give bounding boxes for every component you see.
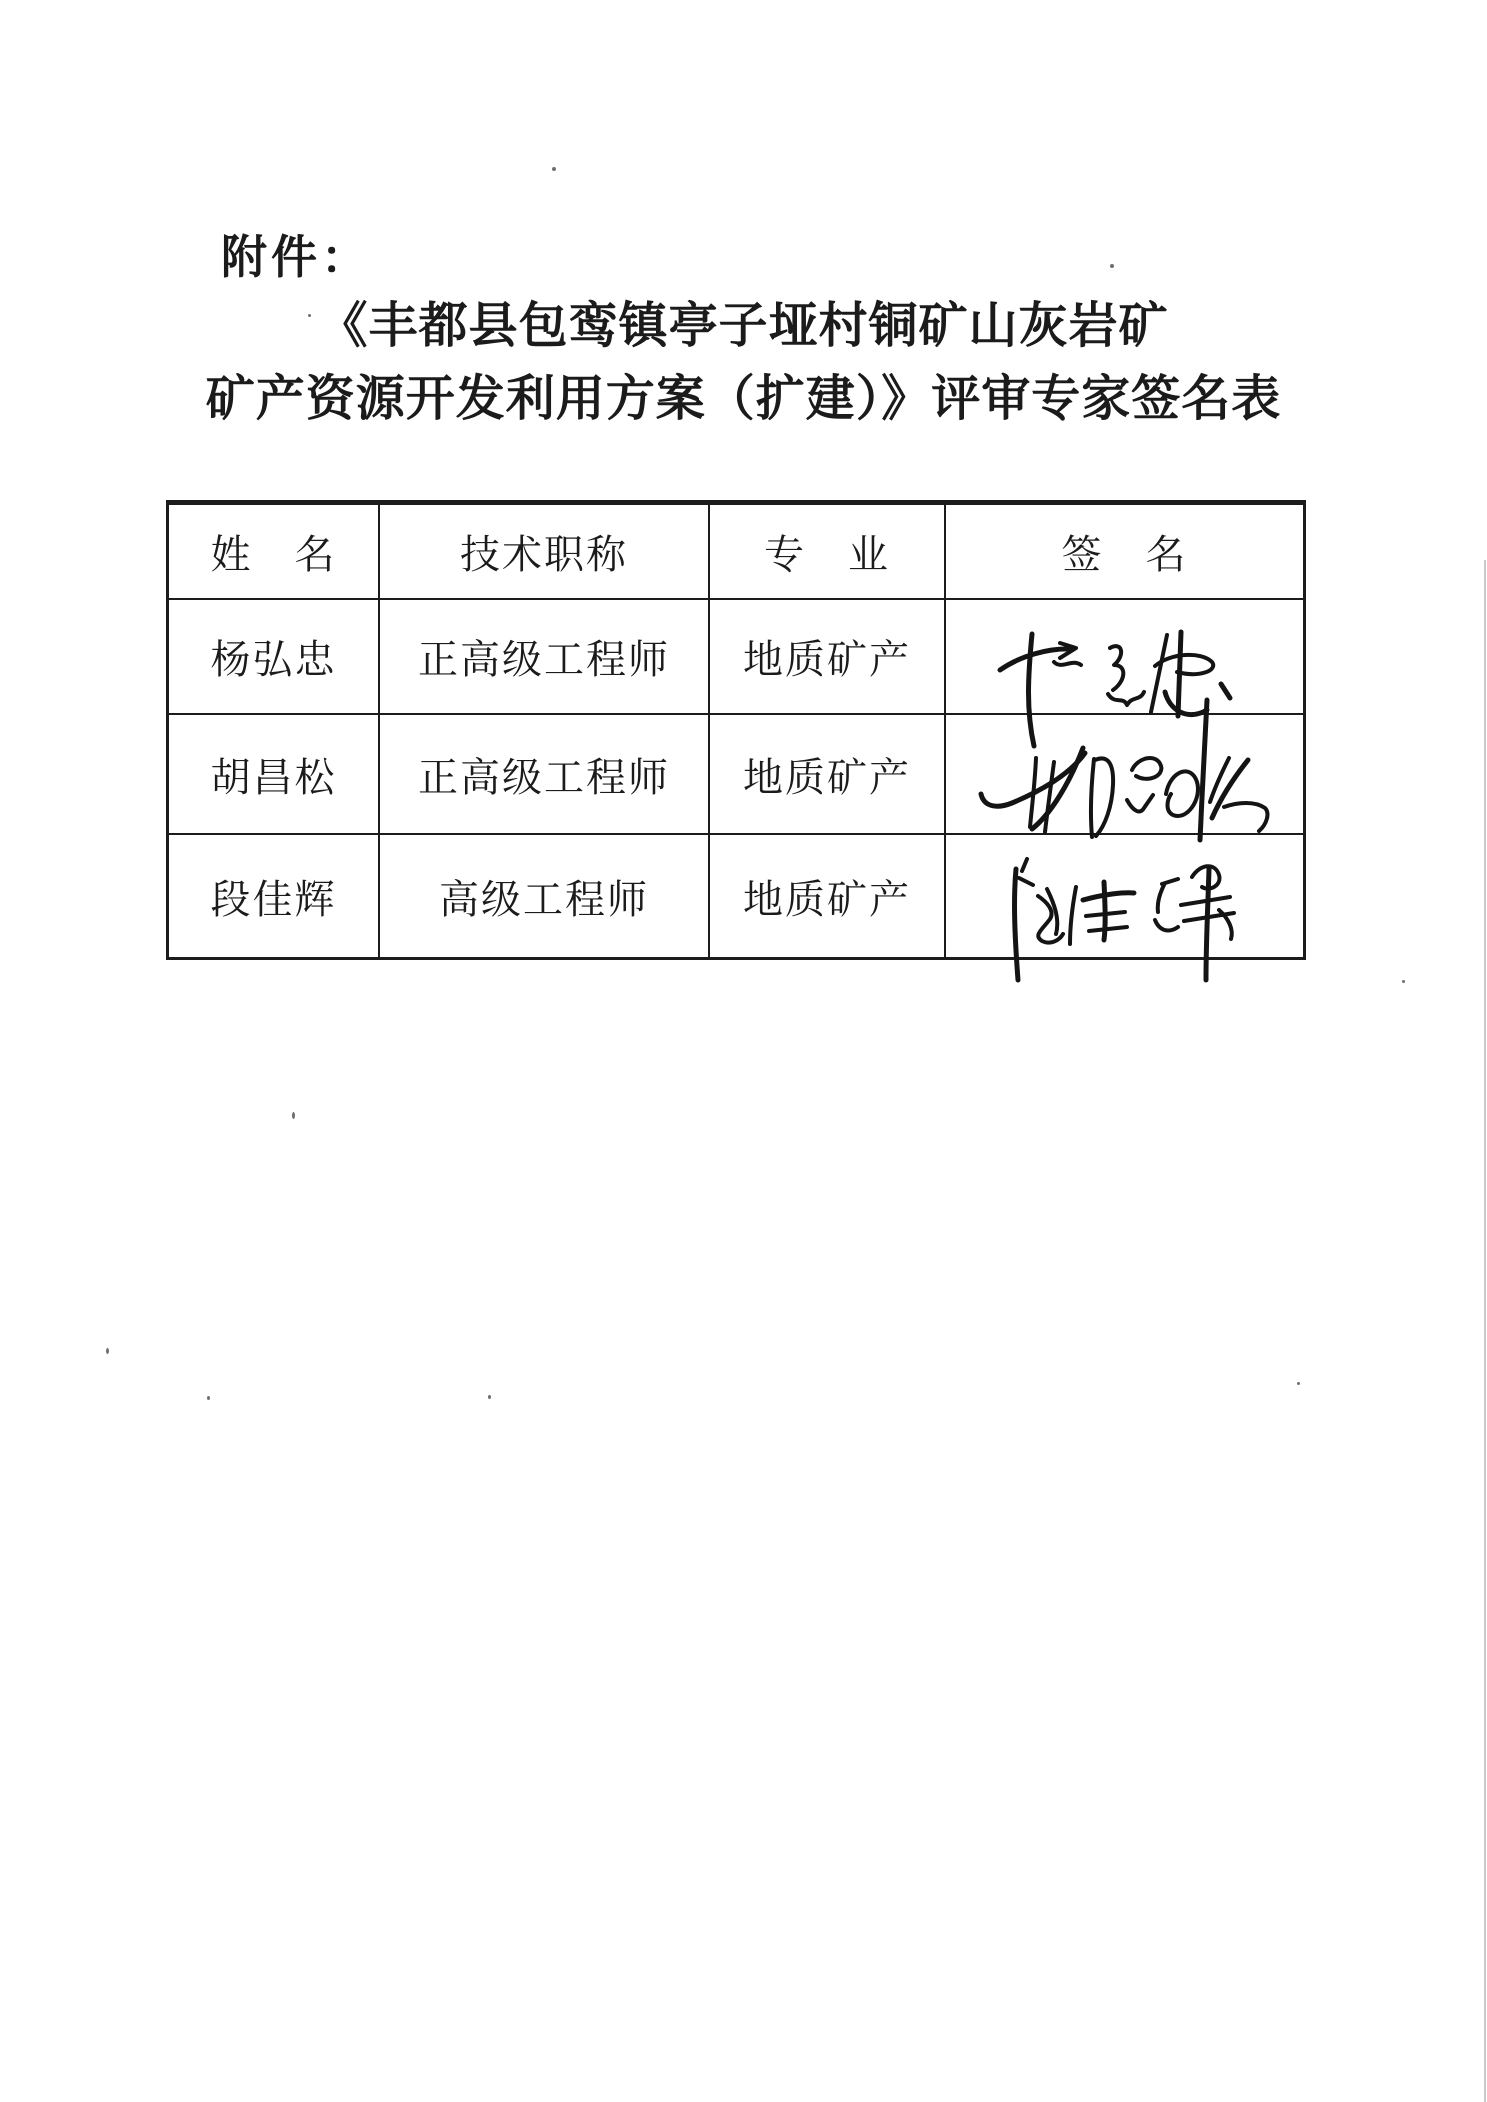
header-specialty: 专 业 [710,505,946,600]
table-row-1-specialty: 地质矿产 [710,600,946,715]
scan-edge-artifact [1484,560,1486,2102]
table-row-2-specialty: 地质矿产 [710,715,946,835]
table-row-3-name: 段佳辉 [169,835,380,957]
signature-hu-changsong [981,700,1267,840]
table-row-1-title: 正高级工程师 [380,600,710,715]
scan-speckle [1110,264,1114,268]
document-title-line2: 矿产资源开发利用方案（扩建）》评审专家签名表 [0,360,1487,430]
signature-yang-hongzhong [1000,632,1230,746]
header-technical-title: 技术职称 [380,505,710,600]
signature-duan-jiahui [1015,859,1234,980]
scan-speckle [308,314,311,317]
scanned-document-page: 附件： 《丰都县包鸾镇亭子垭村铜矿山灰岩矿 矿产资源开发利用方案（扩建）》评审专… [0,0,1487,2102]
header-signature: 签 名 [946,505,1303,600]
handwritten-signatures [948,588,1398,1018]
scan-speckle [488,1395,491,1399]
attachment-label: 附件： [221,221,371,287]
scan-speckle [1297,1382,1300,1385]
table-row-2-title: 正高级工程师 [380,715,710,835]
table-row-3-title: 高级工程师 [380,835,710,957]
document-title-line1: 《丰都县包鸾镇亭子垭村铜矿山灰岩矿 [0,287,1487,357]
scan-speckle [207,1396,210,1400]
table-row-2-name: 胡昌松 [169,715,380,835]
scan-speckle [552,167,556,171]
table-row-1-name: 杨弘忠 [169,600,380,715]
scan-speckle [1402,980,1405,983]
scan-speckle [292,1112,295,1119]
scan-speckle [106,1348,109,1354]
table-row-3-specialty: 地质矿产 [710,835,946,957]
header-name: 姓 名 [169,505,380,600]
